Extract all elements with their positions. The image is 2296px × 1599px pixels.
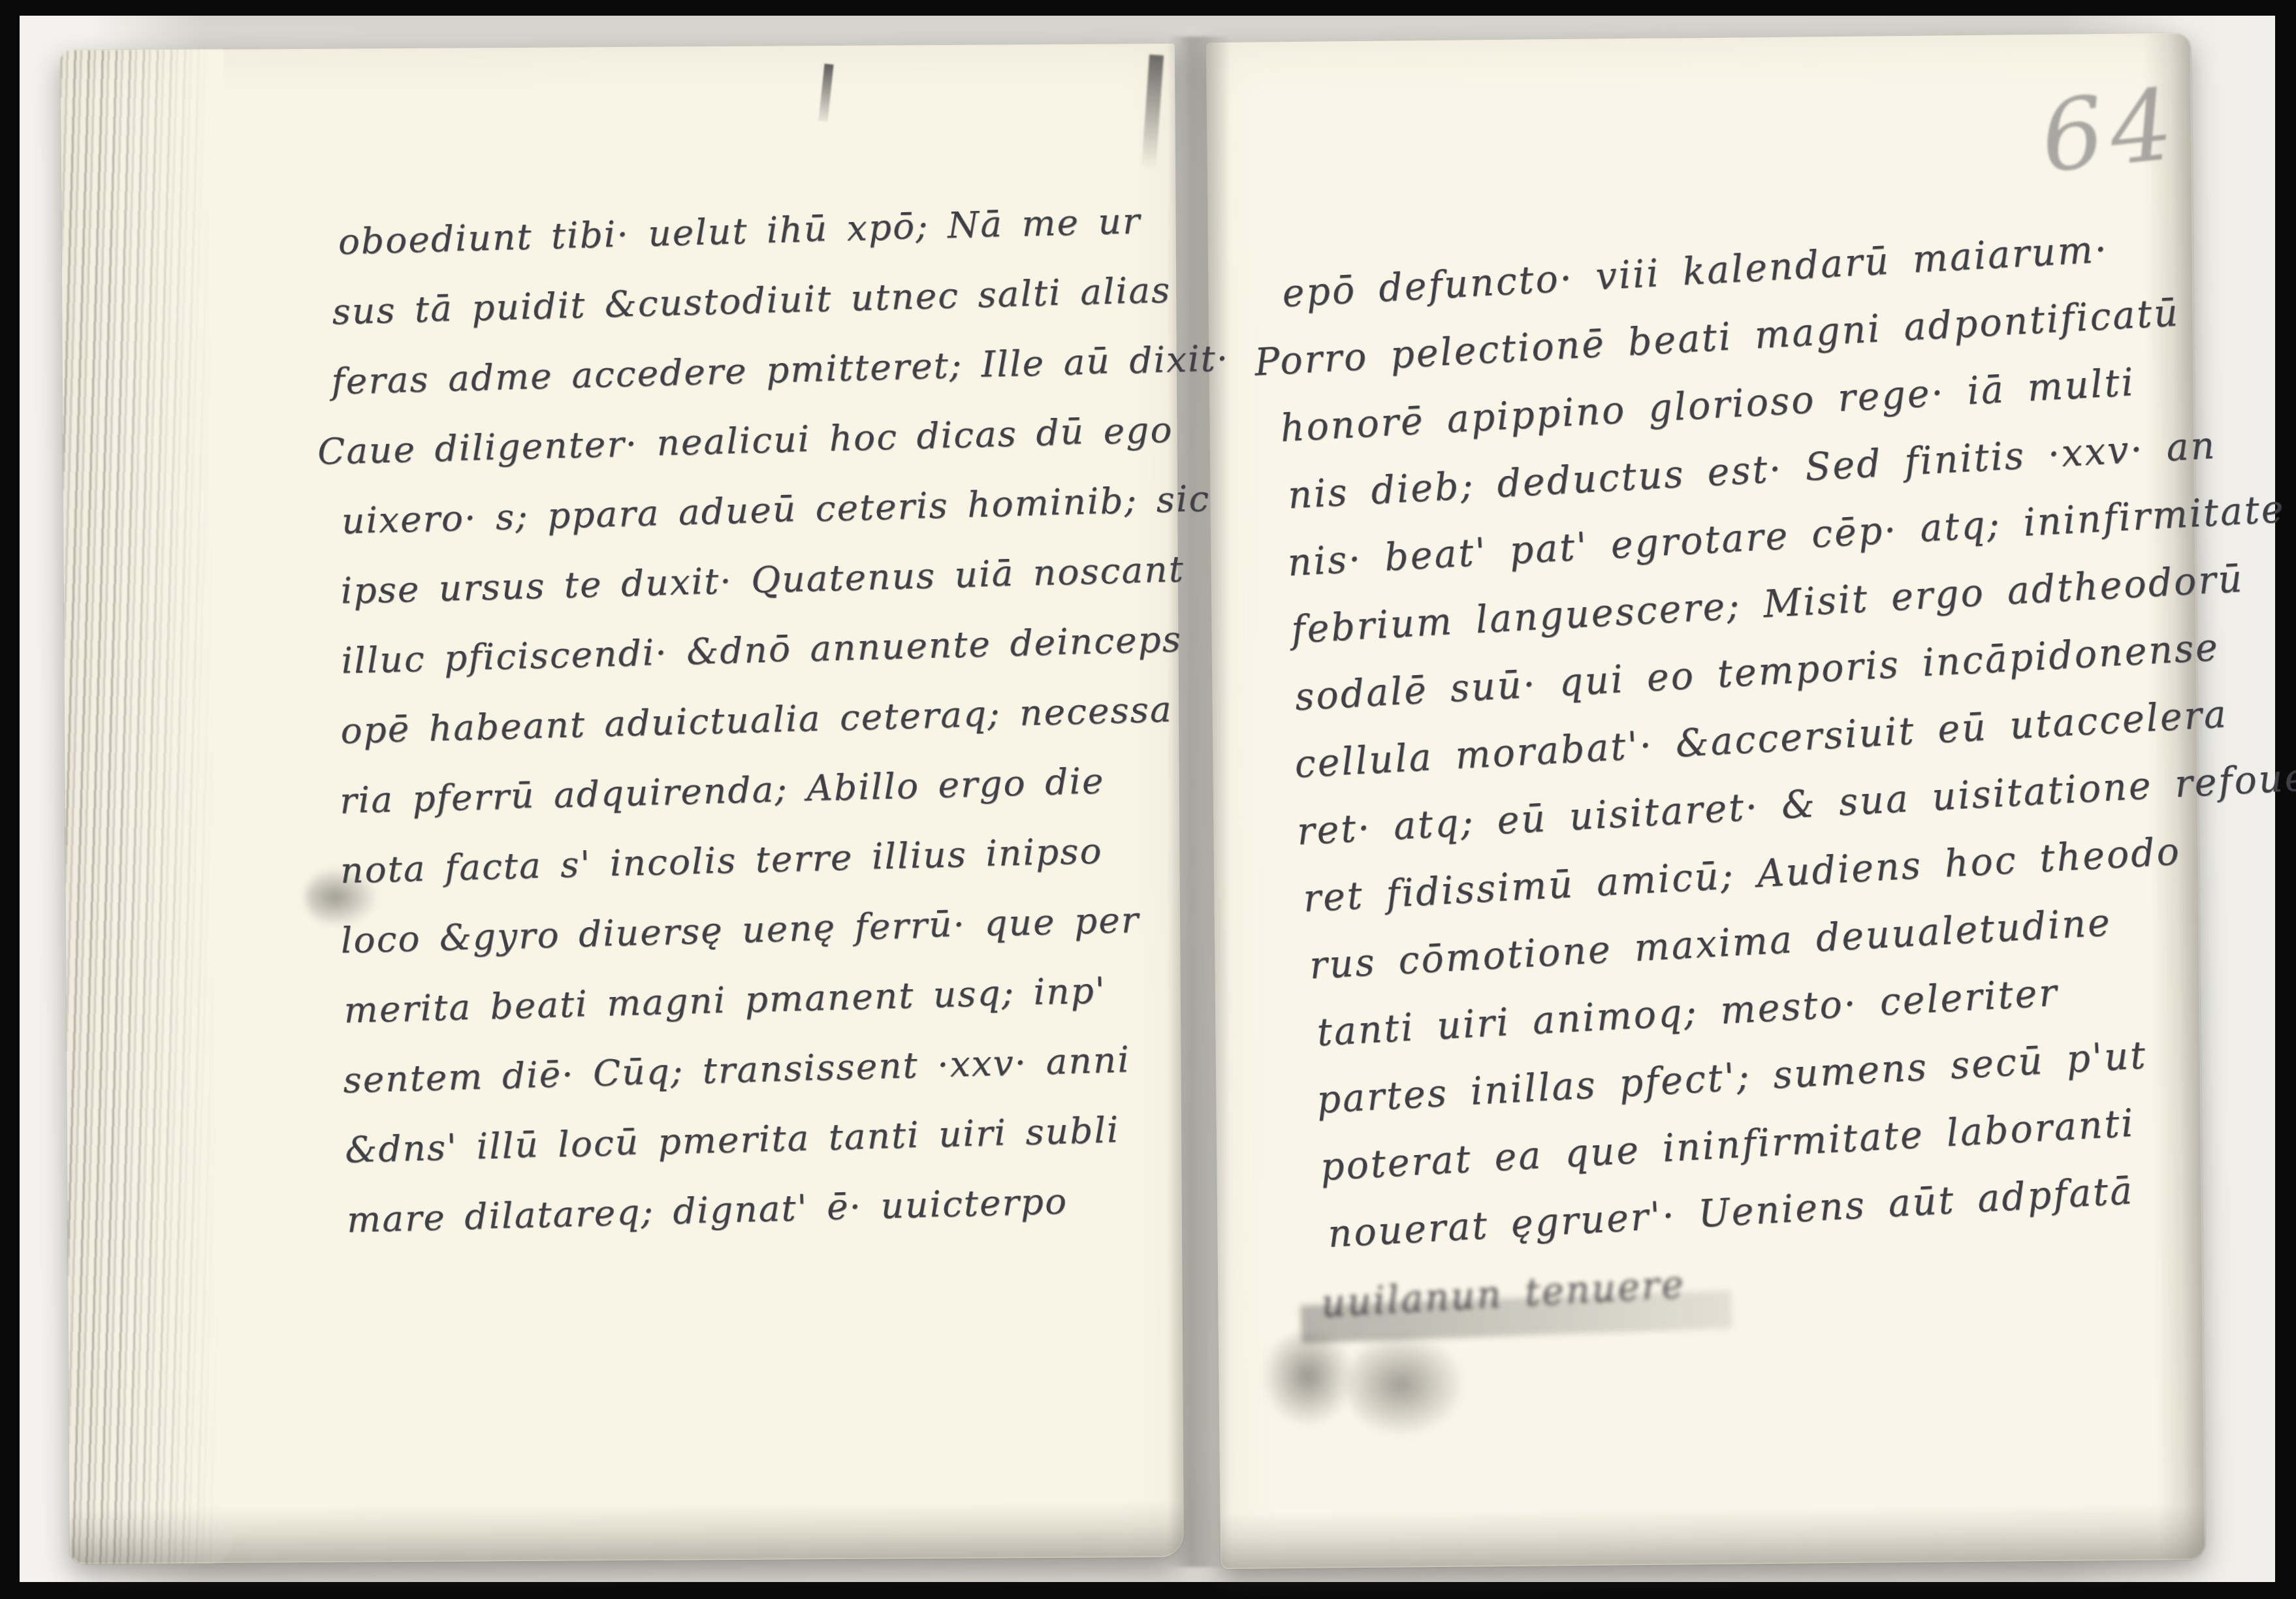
folio-number: 64 — [2037, 75, 2184, 187]
ink-stain-blob — [1347, 1331, 1467, 1438]
gutter-shadow — [1168, 37, 1230, 1567]
ink-stain-left-margin — [306, 867, 379, 927]
left-page-stack-edges — [61, 50, 233, 1564]
manuscript-scan-frame: oboediunt tibi· uelut ihū xpō; Nā me ur … — [0, 0, 2296, 1599]
left-page-bottom-edge — [69, 1489, 1184, 1564]
ink-stain-blob — [1259, 1332, 1357, 1430]
right-page-bottom-edge — [1220, 1491, 2205, 1569]
